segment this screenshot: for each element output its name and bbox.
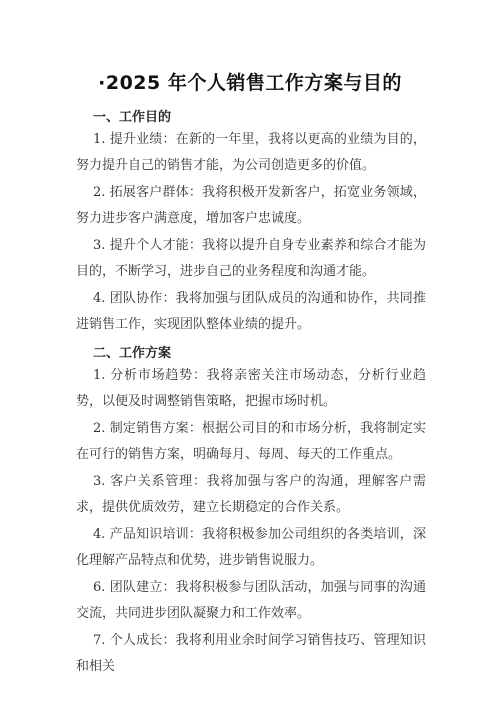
plan-item-7: 7. 个人成长：我将利用业余时间学习销售技巧、管理知识和相关 xyxy=(76,628,426,680)
goal-item-4: 4. 团队协作：我将加强与团队成员的沟通和协作，共同推进销售工作，实现团队整体业… xyxy=(76,286,426,338)
goal-item-3: 3. 提升个人才能：我将以提升自身专业素养和综合才能为目的，不断学习，进步自己的… xyxy=(76,233,426,285)
goal-item-2: 2. 拓展客户群体：我将积极开发新客户，拓宽业务领域，努力进步客户满意度，增加客… xyxy=(76,180,426,232)
plan-item-3: 3. 客户关系管理：我将加强与客户的沟通，理解客户需求，提供优质效劳，建立长期稳… xyxy=(76,469,426,521)
plan-item-2: 2. 制定销售方案：根据公司目的和市场分析，我将制定实在可行的销售方案，明确每月… xyxy=(76,416,426,468)
plan-item-6: 6. 团队建立：我将积极参与团队活动，加强与同事的沟通交流，共同进步团队凝聚力和… xyxy=(76,575,426,627)
section-heading-goals: 一、工作目的 xyxy=(93,106,171,125)
document-title: ·2025 年个人销售工作方案与目的 xyxy=(0,68,500,95)
plan-item-1: 1. 分析市场趋势：我将亲密关注市场动态，分析行业趋势，以便及时调整销售策略，把… xyxy=(76,363,426,415)
goal-item-1: 1. 提升业绩：在新的一年里，我将以更高的业绩为目的，努力提升自己的销售才能，为… xyxy=(76,127,426,179)
plan-item-4: 4. 产品知识培训：我将积极参加公司组织的各类培训，深化理解产品特点和优势，进步… xyxy=(76,522,426,574)
document-page: ·2025 年个人销售工作方案与目的 一、工作目的 1. 提升业绩：在新的一年里… xyxy=(0,0,500,707)
section-heading-plan: 二、工作方案 xyxy=(93,342,171,361)
